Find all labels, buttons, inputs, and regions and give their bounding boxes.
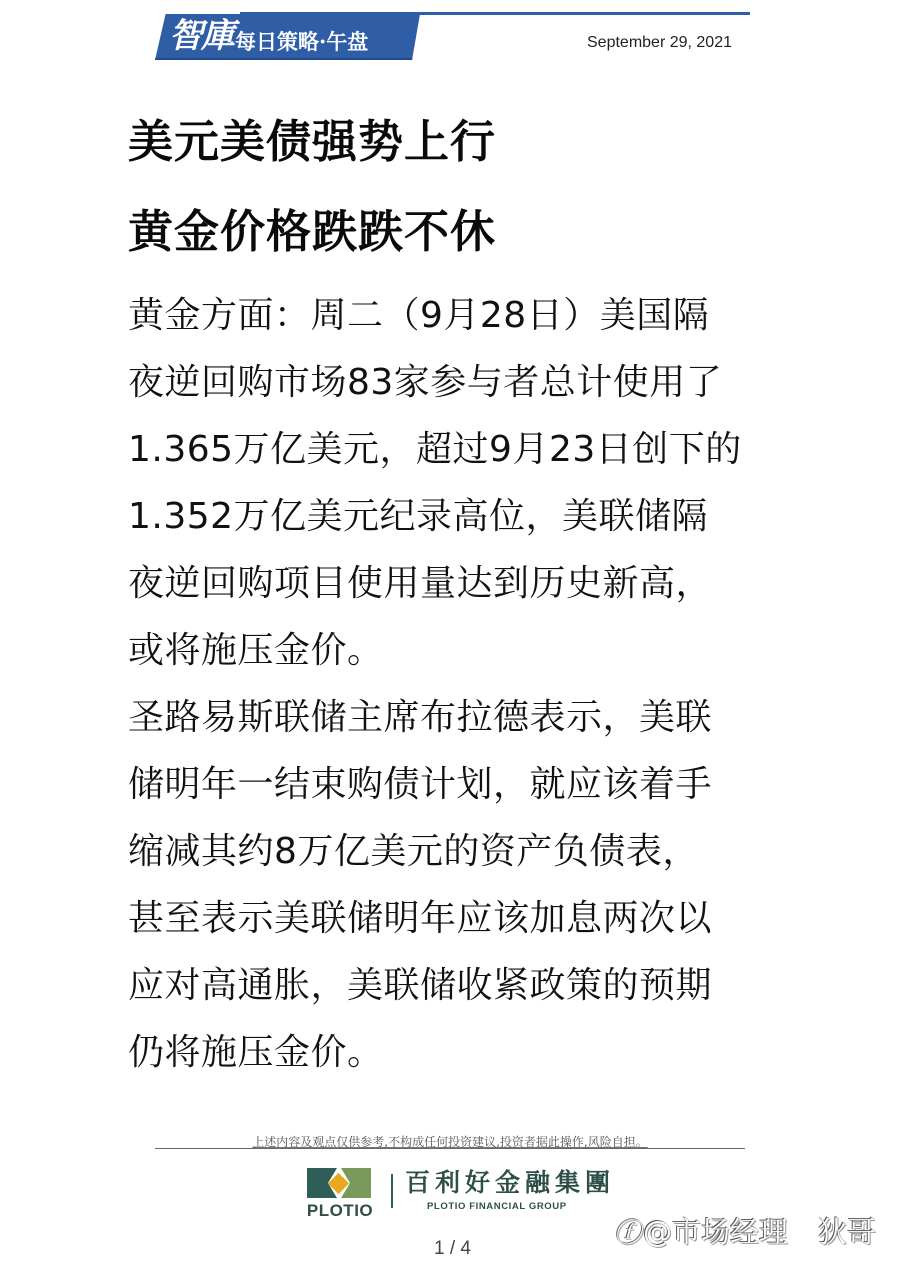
title-line-2: 黄金价格跌跌不休: [128, 208, 496, 256]
brand-banner: 智庫 每日策略·午盘: [155, 14, 420, 60]
weibo-like-icon: ⓕ: [614, 1211, 641, 1250]
watermark-name: 狄哥: [818, 1210, 876, 1251]
company-logo: PLOTIO 百利好金融集團 PLOTIO FINANCIAL GROUP: [305, 1168, 615, 1220]
logo-word: PLOTIO: [305, 1201, 375, 1221]
body-line: 夜逆回购项目使用量达到历史新高，: [128, 550, 788, 617]
brand-main: 智庫: [169, 19, 233, 53]
body-line: 1.352万亿美元纪录高位，美联储隔: [128, 483, 788, 550]
article-body: 黄金方面：周二（9月28日）美国隔 夜逆回购市场83家参与者总计使用了 1.36…: [128, 282, 788, 1086]
document-page: 智庫 每日策略·午盘 September 29, 2021 美元美债强势上行 黄…: [0, 0, 905, 1280]
title-line-1: 美元美债强势上行: [128, 118, 496, 166]
body-line: 储明年一结束购债计划，就应该着手: [128, 751, 788, 818]
logo-chinese-name: 百利好金融集團: [405, 1168, 615, 1198]
body-line: 应对高通胀，美联储收紧政策的预期: [128, 952, 788, 1019]
body-line: 夜逆回购市场83家参与者总计使用了: [128, 349, 788, 416]
logo-divider: [391, 1174, 393, 1208]
footer-rule: [155, 1148, 745, 1149]
watermark: ⓕ @市场经理 狄哥: [614, 1210, 876, 1251]
body-line: 1.365万亿美元，超过9月23日创下的: [128, 416, 788, 483]
body-line: 或将施压金价。: [128, 617, 788, 684]
body-line: 仍将施压金价。: [128, 1019, 788, 1086]
body-line: 黄金方面：周二（9月28日）美国隔: [128, 282, 788, 349]
logo-english-name: PLOTIO FINANCIAL GROUP: [405, 1201, 615, 1212]
body-line: 圣路易斯联储主席布拉德表示，美联: [128, 684, 788, 751]
header: 智庫 每日策略·午盘 September 29, 2021: [155, 8, 750, 58]
plotio-logo-icon: PLOTIO: [305, 1168, 375, 1220]
article-title: 美元美债强势上行 黄金价格跌跌不休: [128, 118, 496, 298]
watermark-handle: @市场经理: [643, 1210, 788, 1251]
body-line: 缩减其约8万亿美元的资产负债表，: [128, 818, 788, 885]
publish-date: September 29, 2021: [587, 34, 732, 52]
logo-text: 百利好金融集團 PLOTIO FINANCIAL GROUP: [405, 1168, 615, 1212]
body-line: 甚至表示美联储明年应该加息两次以: [128, 885, 788, 952]
brand-sub: 每日策略·午盘: [235, 31, 368, 52]
